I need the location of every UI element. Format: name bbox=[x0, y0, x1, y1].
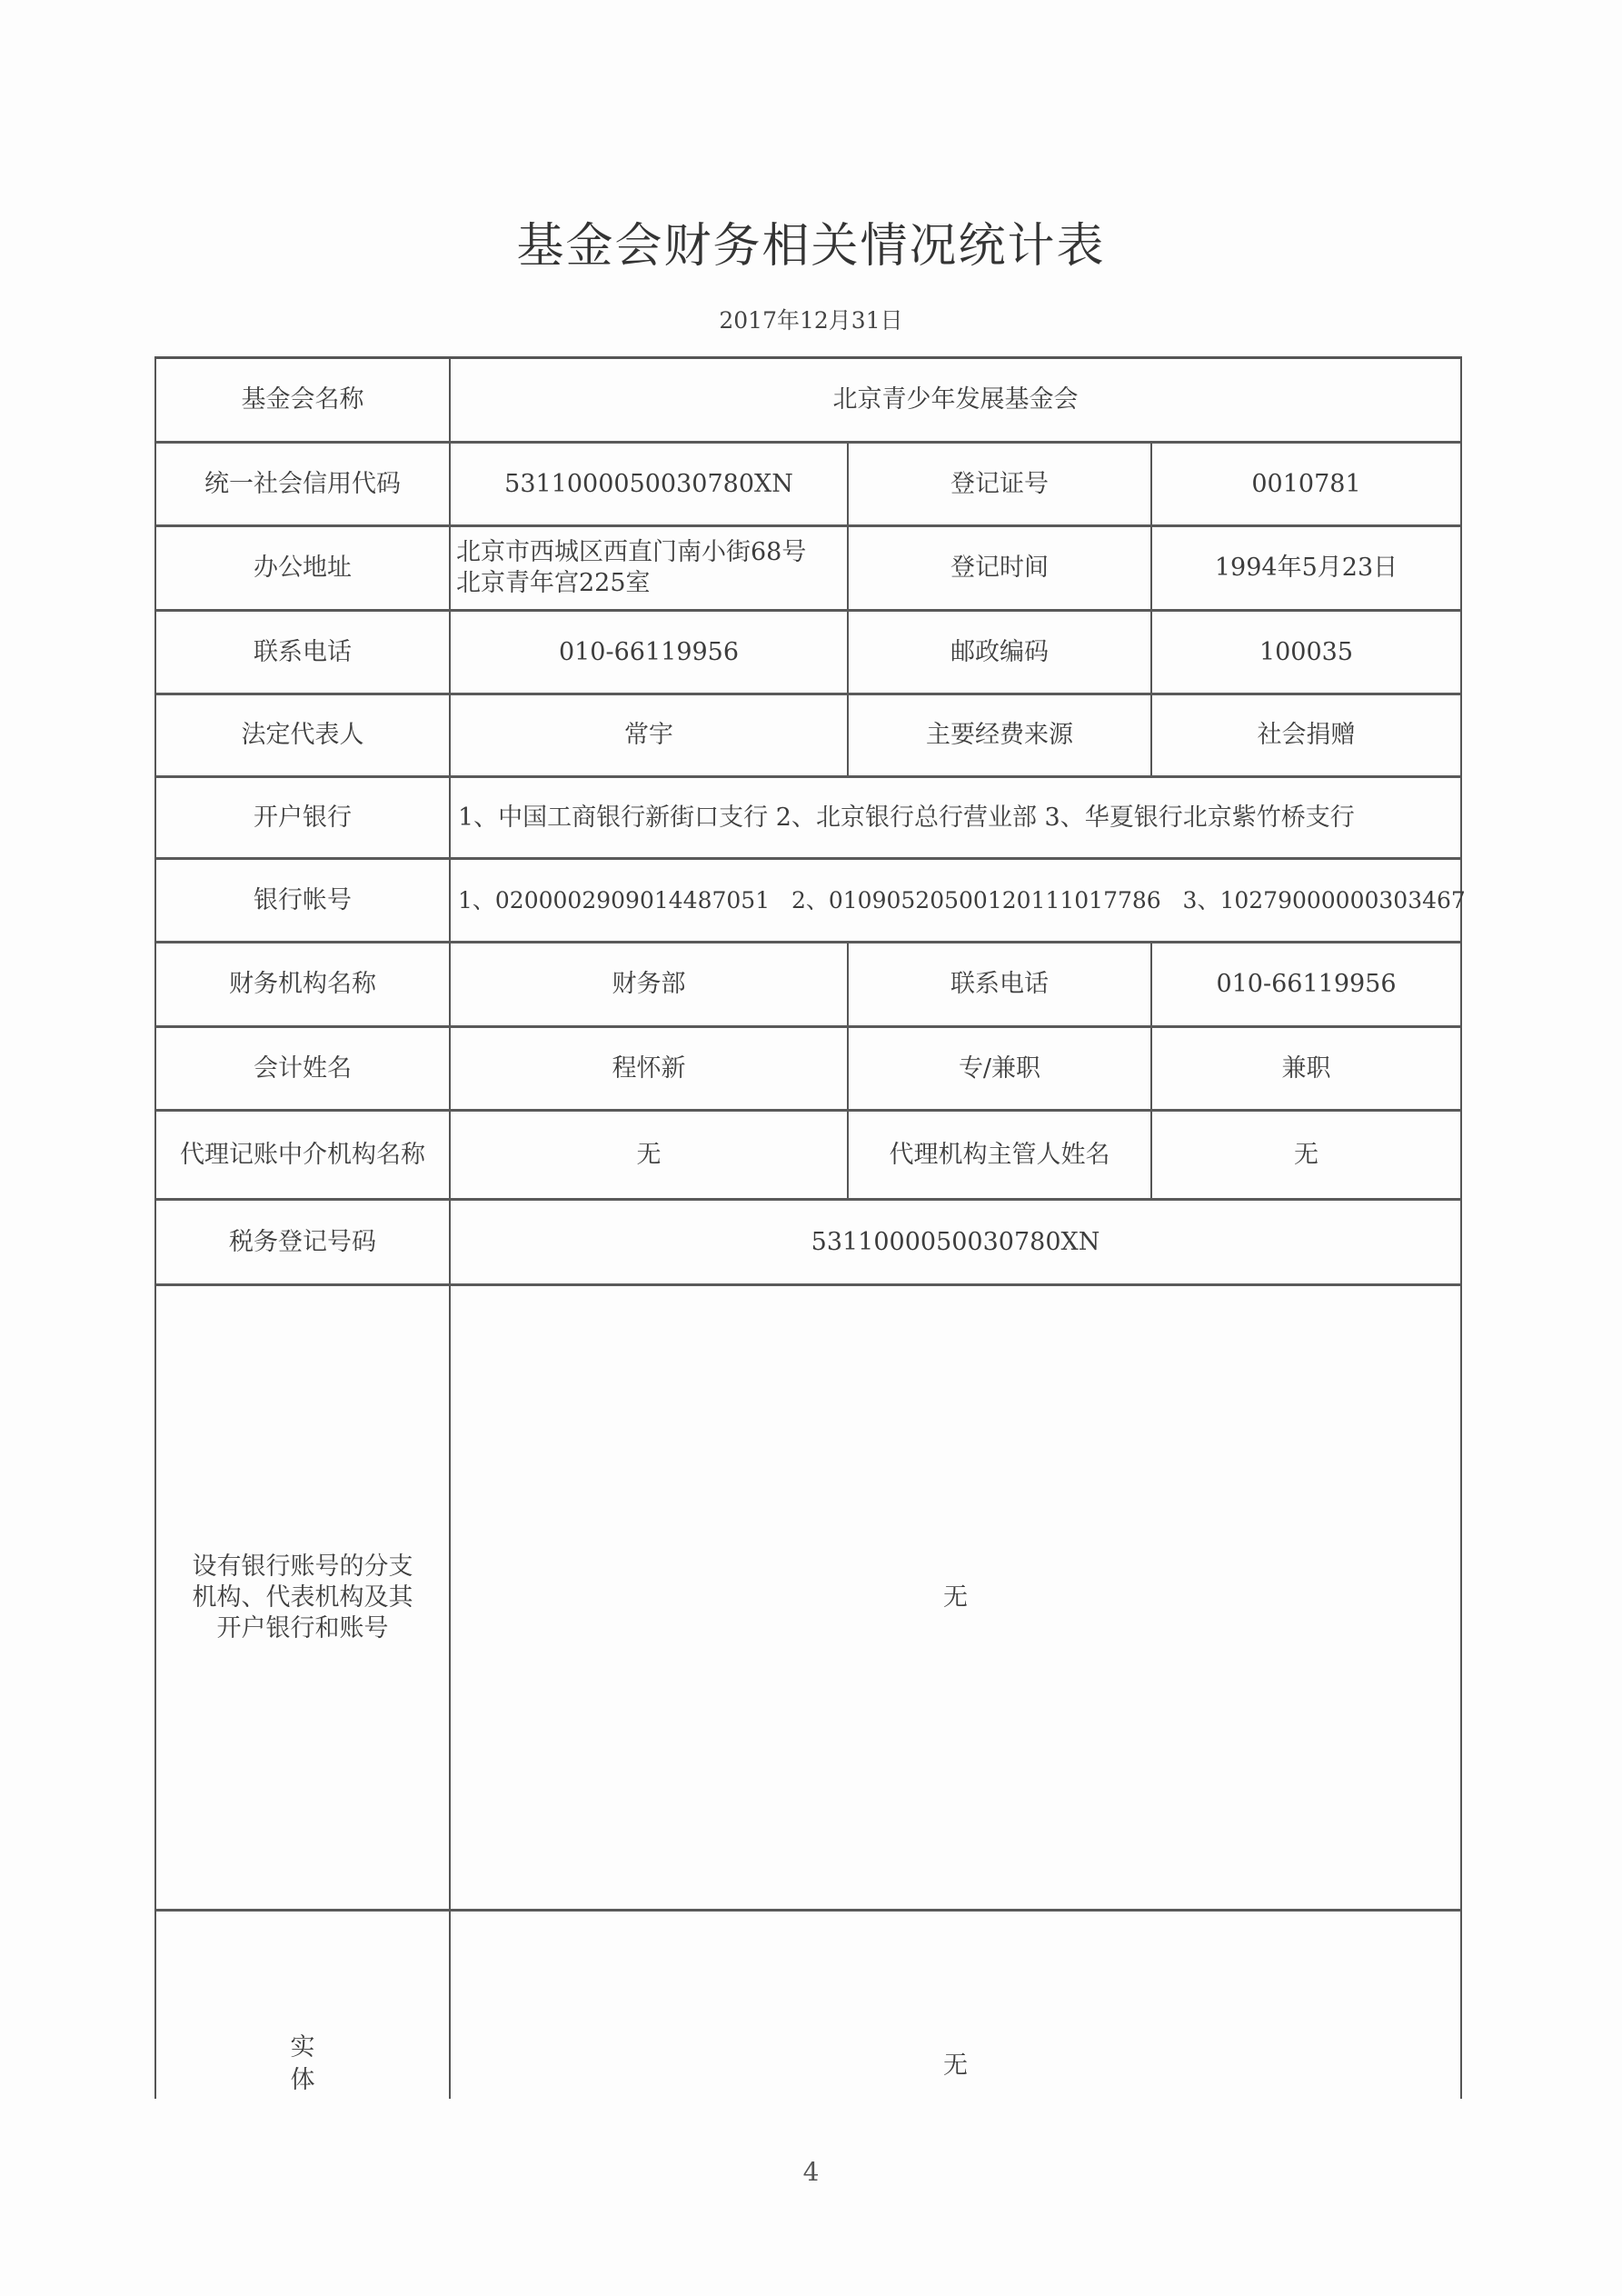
label-foundation-name: 基金会名称 bbox=[156, 359, 451, 441]
value-agency: 无 bbox=[451, 1112, 849, 1198]
table-row-address: 办公地址 北京市西城区西直门南小街68号 北京青年宫225室 登记时间 1994… bbox=[156, 527, 1460, 612]
value-accountant: 程怀新 bbox=[451, 1028, 849, 1109]
value-office-address: 北京市西城区西直门南小街68号 北京青年宫225室 bbox=[451, 527, 849, 609]
label-credit-code: 统一社会信用代码 bbox=[156, 444, 451, 524]
financial-info-table: 基金会名称 北京青少年发展基金会 统一社会信用代码 53110000500307… bbox=[154, 356, 1462, 2099]
label-entity: 实 体 bbox=[156, 1912, 451, 2099]
entity-label-line-1: 实 bbox=[291, 2031, 315, 2064]
value-registration-no: 0010781 bbox=[1152, 444, 1460, 524]
table-row-entity: 实 体 无 bbox=[156, 1912, 1460, 2099]
table-row-agency: 代理记账中介机构名称 无 代理机构主管人姓名 无 bbox=[156, 1112, 1460, 1201]
branches-label-line-2: 机构、代表机构及其 bbox=[193, 1582, 413, 1613]
value-finance-phone: 010-66119956 bbox=[1152, 943, 1460, 1025]
value-funding-source: 社会捐赠 bbox=[1152, 695, 1460, 775]
table-row-legal-rep: 法定代表人 常宇 主要经费来源 社会捐赠 bbox=[156, 695, 1460, 778]
value-registration-date: 1994年5月23日 bbox=[1152, 527, 1460, 609]
label-funding-source: 主要经费来源 bbox=[849, 695, 1152, 775]
label-phone: 联系电话 bbox=[156, 612, 451, 693]
label-employment-type: 专/兼职 bbox=[849, 1028, 1152, 1109]
table-row-credit-code: 统一社会信用代码 5311000050030780XN 登记证号 0010781 bbox=[156, 444, 1460, 527]
value-branches: 无 bbox=[451, 1286, 1460, 1909]
label-banks: 开户银行 bbox=[156, 778, 451, 857]
value-accounts: 1、0200002909014487051 2、0109052050012011… bbox=[451, 860, 1460, 941]
table-row-phone: 联系电话 010-66119956 邮政编码 100035 bbox=[156, 612, 1460, 695]
label-tax-registration: 税务登记号码 bbox=[156, 1201, 451, 1283]
value-postal-code: 100035 bbox=[1152, 612, 1460, 693]
entity-label-line-2: 体 bbox=[291, 2064, 315, 2097]
branches-label-line-3: 开户银行和账号 bbox=[217, 1613, 389, 1644]
page-number: 4 bbox=[0, 2157, 1622, 2187]
value-legal-rep: 常宇 bbox=[451, 695, 849, 775]
label-agency-manager: 代理机构主管人姓名 bbox=[849, 1112, 1152, 1198]
value-phone: 010-66119956 bbox=[451, 612, 849, 693]
label-registration-no: 登记证号 bbox=[849, 444, 1152, 524]
label-finance-phone: 联系电话 bbox=[849, 943, 1152, 1025]
value-foundation-name: 北京青少年发展基金会 bbox=[451, 359, 1460, 441]
value-tax-registration: 5311000050030780XN bbox=[451, 1201, 1460, 1283]
value-employment-type: 兼职 bbox=[1152, 1028, 1460, 1109]
label-finance-dept: 财务机构名称 bbox=[156, 943, 451, 1025]
table-row-branches: 设有银行账号的分支 机构、代表机构及其 开户银行和账号 无 bbox=[156, 1286, 1460, 1912]
label-accounts: 银行帐号 bbox=[156, 860, 451, 941]
value-finance-dept: 财务部 bbox=[451, 943, 849, 1025]
table-row-foundation-name: 基金会名称 北京青少年发展基金会 bbox=[156, 359, 1460, 444]
document-title: 基金会财务相关情况统计表 bbox=[0, 207, 1622, 275]
label-agency: 代理记账中介机构名称 bbox=[156, 1112, 451, 1198]
label-postal-code: 邮政编码 bbox=[849, 612, 1152, 693]
address-line-2: 北京青年宫225室 bbox=[456, 568, 651, 599]
table-row-tax-registration: 税务登记号码 5311000050030780XN bbox=[156, 1201, 1460, 1286]
table-row-accounts: 银行帐号 1、0200002909014487051 2、01090520500… bbox=[156, 860, 1460, 943]
value-entity: 无 bbox=[451, 1912, 1460, 2099]
label-accountant: 会计姓名 bbox=[156, 1028, 451, 1109]
address-line-1: 北京市西城区西直门南小街68号 bbox=[456, 537, 806, 568]
label-registration-date: 登记时间 bbox=[849, 527, 1152, 609]
table-row-banks: 开户银行 1、中国工商银行新街口支行 2、北京银行总行营业部 3、华夏银行北京紫… bbox=[156, 778, 1460, 860]
table-row-accountant: 会计姓名 程怀新 专/兼职 兼职 bbox=[156, 1028, 1460, 1112]
table-row-finance-dept: 财务机构名称 财务部 联系电话 010-66119956 bbox=[156, 943, 1460, 1028]
label-branches: 设有银行账号的分支 机构、代表机构及其 开户银行和账号 bbox=[156, 1286, 451, 1909]
value-credit-code: 5311000050030780XN bbox=[451, 444, 849, 524]
value-banks: 1、中国工商银行新街口支行 2、北京银行总行营业部 3、华夏银行北京紫竹桥支行 bbox=[451, 778, 1460, 857]
label-legal-rep: 法定代表人 bbox=[156, 695, 451, 775]
document-date: 2017年12月31日 bbox=[0, 303, 1622, 335]
label-office-address: 办公地址 bbox=[156, 527, 451, 609]
value-agency-manager: 无 bbox=[1152, 1112, 1460, 1198]
branches-label-line-1: 设有银行账号的分支 bbox=[193, 1552, 413, 1582]
